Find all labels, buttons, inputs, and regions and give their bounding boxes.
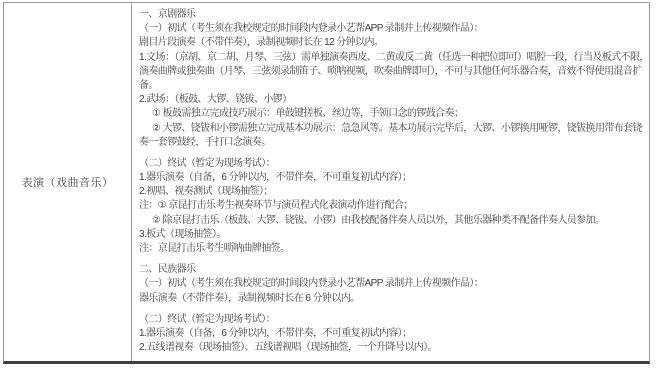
text-line: 1.器乐演奏（自备，6 分钟以内，不带伴奏，不可重复初试内容）； (139, 171, 643, 185)
program-name-label: 表演（戏曲音乐） (22, 174, 114, 190)
text-line: 注：京昆打击乐考生唢呐曲牌抽签。 (139, 242, 643, 256)
program-name-cell: 表演（戏曲音乐） (4, 3, 132, 361)
blank-line (139, 150, 643, 157)
exam-requirements-cell: 一、京剧器乐（一）初试（考生须在我校规定的时间段内登录小艺帮APP 录制并上传视… (132, 3, 649, 361)
text-line: 奏一套锣鼓经，手打口念演奏。 (139, 136, 643, 150)
text-line: 2.五线谱视奏（现场抽签）、五线谱视唱（现场抽签，一个升降号以内）。 (139, 341, 643, 355)
text-line: 二、民族器乐 (139, 263, 643, 277)
blank-line (139, 256, 643, 263)
text-line: 注：① 京昆打击乐考生视奏环节与演员程式化表演动作进行配合； (139, 199, 643, 213)
text-line: （一）初试（考生须在我校规定的时间段内登录小艺帮APP 录制并上传视频作品）： (139, 22, 643, 36)
text-line: 器乐演奏（不带伴奏），录制视频时长在 6 分钟以内。 (139, 292, 643, 306)
text-line: 一、京剧器乐 (139, 8, 643, 22)
exam-requirements-text: 一、京剧器乐（一）初试（考生须在我校规定的时间段内登录小艺帮APP 录制并上传视… (139, 8, 643, 355)
text-line: 2.武场：（板鼓、大锣、铙钹、小锣） (139, 93, 643, 107)
text-line: 1.器乐演奏（自备，6 分钟以内，不带伴奏，不可重复初试内容）； (139, 327, 643, 341)
text-line: ② 除京昆打击乐（板鼓、大锣、铙钹、小锣）由我校配备伴奏人员以外，其他乐器种类不… (139, 214, 643, 228)
text-line: 2.视唱、视奏测试（现场抽签）； (139, 185, 643, 199)
text-line: （二）终试（暂定为现场考试）： (139, 313, 643, 327)
text-line: ② 大锣、铙钹和小锣需独立完成基本功展示：急急风等。基本功展示完毕后，大锣、小锣… (139, 122, 643, 136)
blank-line (139, 306, 643, 313)
exam-requirements-table: 表演（戏曲音乐） 一、京剧器乐（一）初试（考生须在我校规定的时间段内登录小艺帮A… (3, 2, 650, 364)
text-line: 备。 (139, 79, 643, 93)
text-line: （二）终试（暂定为现场考试）： (139, 157, 643, 171)
text-line: 演奏曲牌或独奏曲（月琴、三弦须录制笛子、唢呐视频，吹奏曲牌即可），不可与其他任何… (139, 65, 643, 79)
text-line: （一）初试（考生须在我校规定的时间段内登录小艺帮APP 录制并上传视频作品）： (139, 277, 643, 291)
text-line: ① 板鼓需独立完成技巧展示：单鼓键搓板、丝边等，手领口念的锣鼓合奏； (139, 107, 643, 121)
text-line: 1.文场：（京胡、京二胡、月琴、三弦）需单独演奏西皮、二黄或反二黄（任选一种把位… (139, 51, 643, 65)
text-line: 剧目片段演奏（不带伴奏），录制视频时长在 12 分钟以内。 (139, 36, 643, 50)
document-page: 表演（戏曲音乐） 一、京剧器乐（一）初试（考生须在我校规定的时间段内登录小艺帮A… (0, 0, 656, 370)
text-line: 3.板式（现场抽签）。 (139, 228, 643, 242)
